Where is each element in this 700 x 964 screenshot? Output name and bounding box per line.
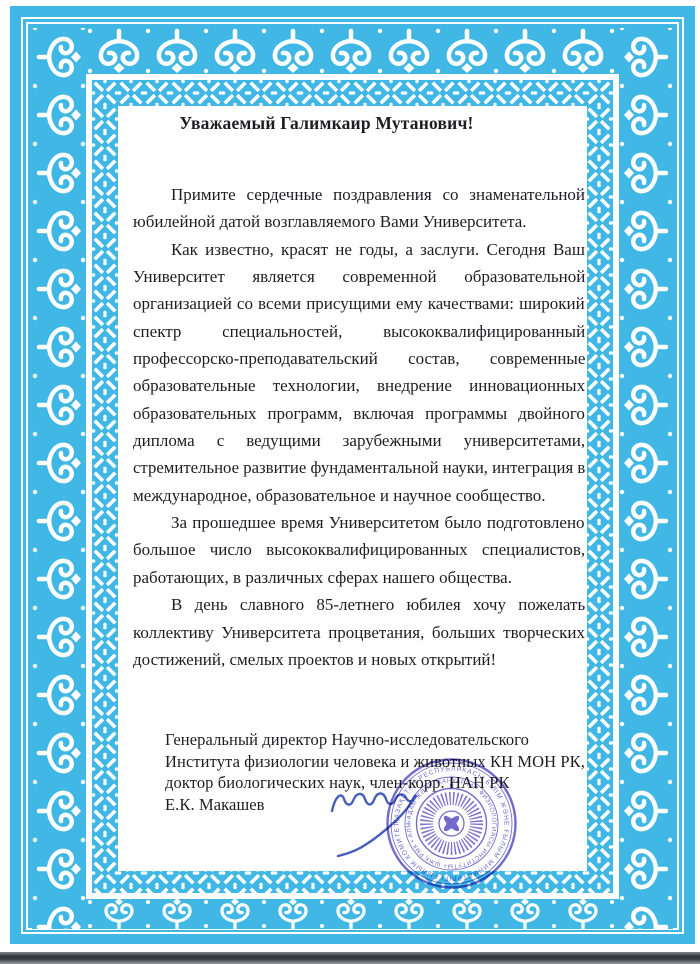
body-line: юбилейной датой возглавляемого Вами Унив… bbox=[133, 208, 585, 235]
body-line: профессорско-преподавательский состав, с… bbox=[133, 345, 585, 372]
body-line: В день славного 85-летнего юбилея хочу п… bbox=[133, 591, 585, 618]
body-line: организацией со всеми присущими ему каче… bbox=[133, 290, 585, 317]
body-line: За прошедшее время Университетом было по… bbox=[133, 509, 585, 536]
body-line: международное, образовательное и научное… bbox=[133, 482, 585, 509]
body-line: Как известно, красят не годы, а заслуги.… bbox=[133, 236, 585, 263]
body-line: коллективу Университета процветания, бол… bbox=[133, 619, 585, 646]
scan-edge-shadow bbox=[0, 952, 700, 964]
body-line: большое число высококвалифицированных сп… bbox=[133, 536, 585, 563]
body-line: образовательных программ, включая програ… bbox=[133, 400, 585, 427]
body-line: достижений, смелых проектов и новых откр… bbox=[133, 646, 585, 673]
body-line: диплома с ведущими зарубежными университ… bbox=[133, 427, 585, 454]
body-line: работающих, в различных сферах нашего об… bbox=[133, 564, 585, 591]
letter-body: Примите сердечные поздравления со знамен… bbox=[133, 181, 585, 673]
body-line: Примите сердечные поздравления со знамен… bbox=[133, 181, 585, 208]
signature-line: Генеральный директор Научно-исследовател… bbox=[165, 729, 585, 751]
body-line: Университет является современной образов… bbox=[133, 263, 585, 290]
body-line: образовательные технологии, внедрение ин… bbox=[133, 372, 585, 399]
letter-salutation: Уважаемый Галимкаир Мутанович! bbox=[118, 113, 587, 134]
body-line: стремительное развитие фундаментальной н… bbox=[133, 454, 585, 481]
body-line: спектр специальностей, высококвалифициро… bbox=[133, 318, 585, 345]
handwritten-signature bbox=[322, 783, 432, 867]
scanned-letter-page: Уважаемый Галимкаир Мутанович! Примите с… bbox=[0, 0, 700, 964]
